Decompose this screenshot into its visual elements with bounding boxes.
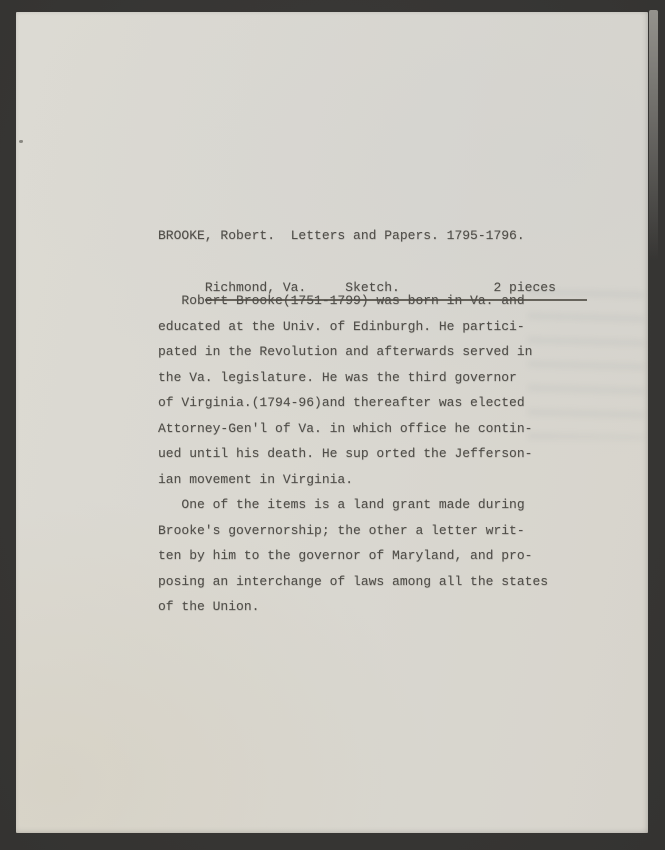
paragraph-biography: Robert Brooke(1751-1799) was born in Va.…: [158, 288, 588, 492]
document-page: BROOKE, Robert. Letters and Papers. 1795…: [16, 12, 648, 833]
paragraph-items-description: One of the items is a land grant made du…: [158, 492, 588, 620]
paragraph-line: Robert Brooke(1751-1799) was born in Va.…: [158, 288, 588, 314]
underlying-sheet-edge: [649, 10, 658, 260]
paragraph-line: educated at the Univ. of Edinburgh. He p…: [158, 314, 588, 340]
paragraph-line: pated in the Revolution and afterwards s…: [158, 339, 588, 365]
paragraph-line: the Va. legislature. He was the third go…: [158, 365, 588, 391]
paragraph-line: ued until his death. He sup orted the Je…: [158, 441, 588, 467]
header-catalog-line: Richmond, Va. Sketch. 2 pieces: [158, 249, 588, 275]
scan-background: { "document": { "header": { "line1": "BR…: [0, 0, 665, 850]
header-title-line: BROOKE, Robert. Letters and Papers. 1795…: [158, 223, 588, 249]
typewritten-content: BROOKE, Robert. Letters and Papers. 1795…: [158, 223, 588, 620]
paragraph-line: posing an interchange of laws among all …: [158, 569, 588, 595]
paragraph-line: of the Union.: [158, 594, 588, 620]
paragraph-line: Brooke's governorship; the other a lette…: [158, 518, 588, 544]
paragraph-line: ten by him to the governor of Maryland, …: [158, 543, 588, 569]
paragraph-line: of Virginia.(1794-96)and thereafter was …: [158, 390, 588, 416]
paragraph-line: One of the items is a land grant made du…: [158, 492, 588, 518]
ink-speck: [19, 140, 23, 143]
paragraph-line: Attorney-Gen'l of Va. in which office he…: [158, 416, 588, 442]
paragraph-line: ian movement in Virginia.: [158, 467, 588, 493]
